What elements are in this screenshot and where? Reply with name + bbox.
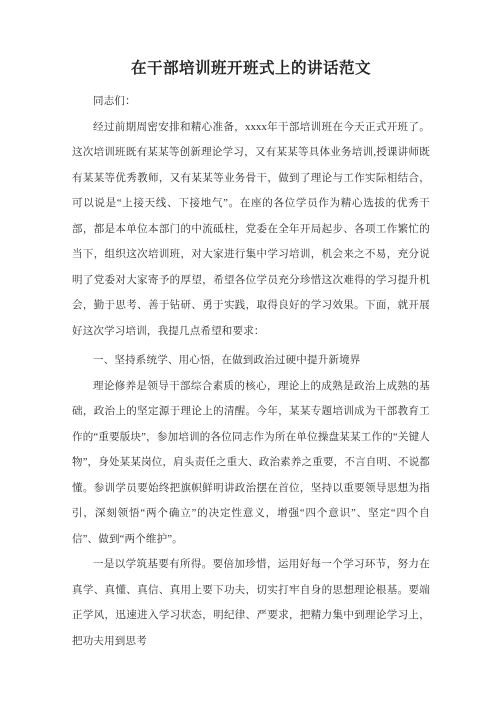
document-page: 在干部培训班开班式上的讲话范文 同志们： 经过前期周密安排和精心准备，xxxx年…	[0, 0, 500, 707]
section-heading-1: 一、坚持系统学、用心悟，在做到政治过硬中提升新境界	[72, 348, 430, 374]
salutation-line: 同志们：	[72, 89, 430, 115]
document-title: 在干部培训班开班式上的讲话范文	[72, 56, 430, 82]
paragraph-theory: 理论修养是领导干部综合素质的核心，理论上的成熟是政治上成熟的基础，政治上的坚定源…	[72, 374, 430, 553]
paragraph-opening: 经过前期周密安排和精心准备，xxxx年干部培训班在今天正式开班了。这次培训班既有…	[72, 115, 430, 345]
paragraph-study-foundation: 一是以学筑基要有所得。要倍加珍惜，运用好每一个学习环节，努力在真学、真懂、真信、…	[72, 552, 430, 654]
